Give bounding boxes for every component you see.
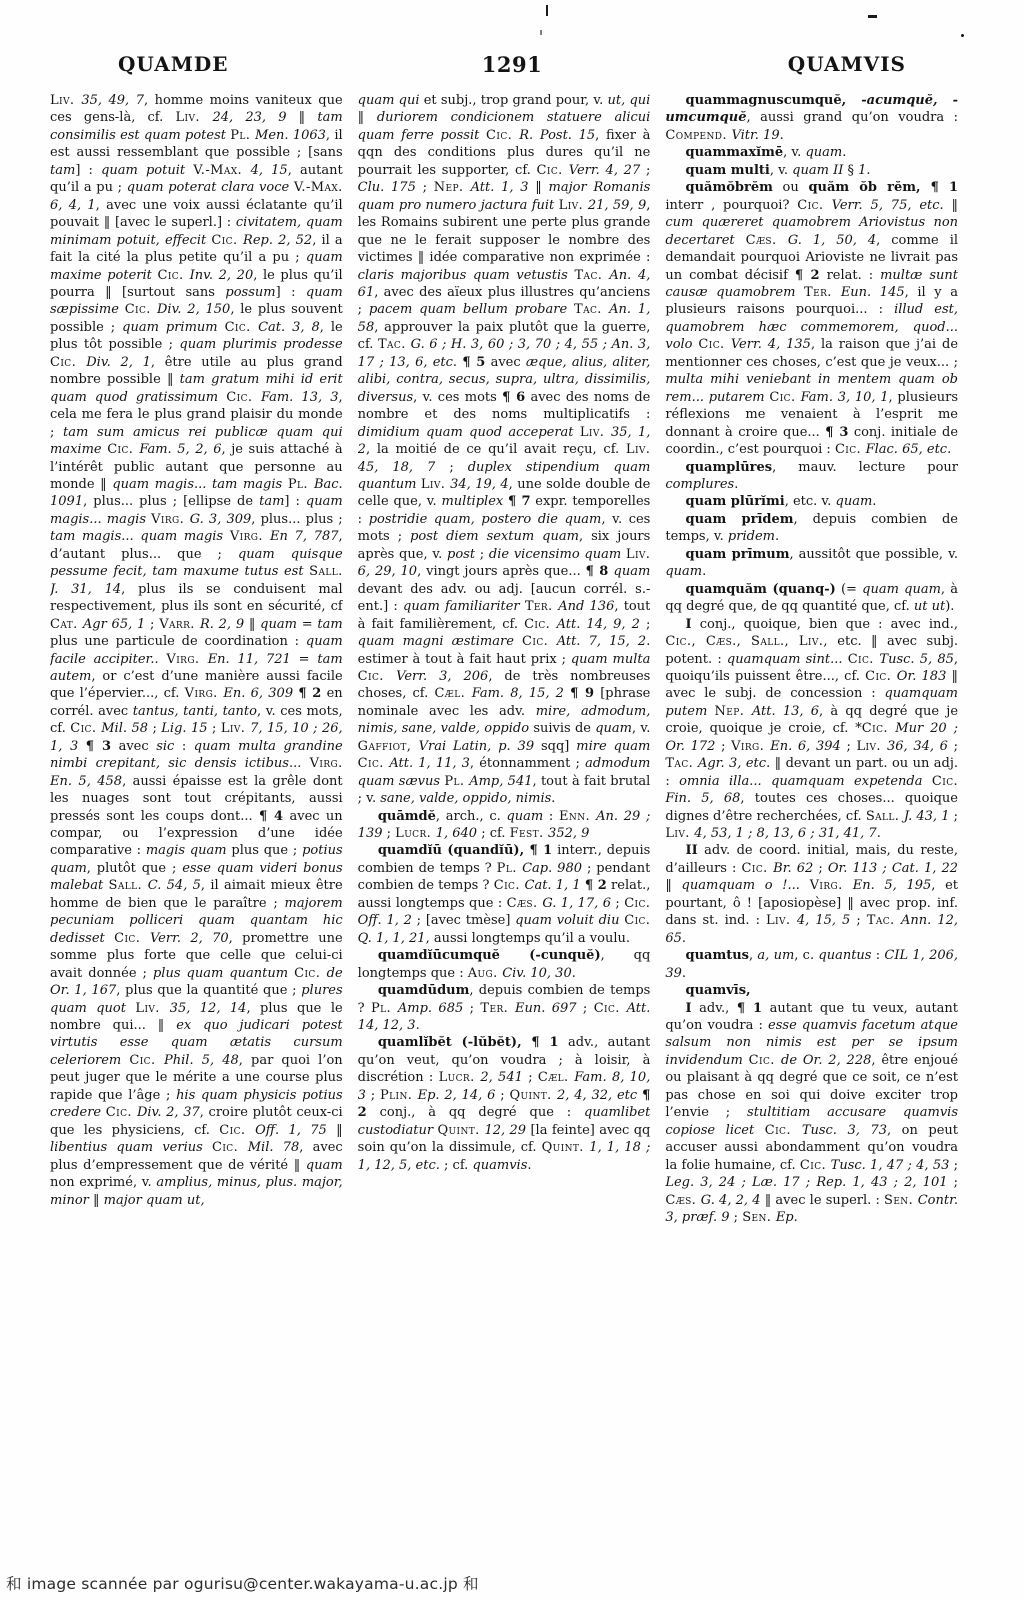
- text-run: ¶ 2: [298, 686, 321, 701]
- text-run: Sen.: [884, 1193, 918, 1208]
- text-run: Civ. 10, 30: [502, 966, 572, 981]
- text-run: 4, 15: [251, 163, 288, 178]
- text-run: quam potuit: [101, 163, 193, 178]
- text-run: , aussitôt que possible, v.: [790, 547, 959, 562]
- text-run: 4, 15, 5: [797, 913, 850, 928]
- text-run: Tusc. 5, 85: [879, 652, 953, 667]
- text-run: Aug.: [468, 966, 502, 981]
- text-run: quam voluit diu: [515, 913, 624, 928]
- text-run: ‖: [358, 110, 377, 125]
- text-run: Cic.: [358, 669, 396, 684]
- text-run: .: [702, 564, 706, 579]
- text-run: magis quam: [146, 843, 227, 858]
- text-run: Cic.: [211, 233, 243, 248]
- text-run: Phil. 5, 48: [164, 1053, 239, 1068]
- text-run: 24, 23, 9: [212, 110, 286, 125]
- text-run: ¶ 2: [585, 878, 607, 893]
- text-run: Cic.: [494, 878, 525, 893]
- text-run: Cic.: [225, 320, 259, 335]
- text-run: Pl.: [230, 128, 255, 143]
- text-run: [78, 739, 86, 754]
- column-right: quammagnuscumquĕ, -acumquĕ, -umcumquĕ, a…: [665, 92, 958, 1554]
- text-run: quamlĭbĕt (-lŭbĕt), ¶ 1: [378, 1035, 559, 1050]
- text-run: quam: [665, 564, 702, 579]
- text-run: ;: [813, 861, 828, 876]
- text-run: 352, 9: [548, 826, 589, 841]
- column-left: Liv. 35, 49, 7, homme moins vaniteux que…: [50, 92, 343, 1554]
- text-run: :: [174, 739, 193, 754]
- dictionary-paragraph: quamdĭū (quandĭū), ¶ 1 interr., depuis c…: [358, 842, 651, 947]
- text-run: Cæl.: [538, 1070, 574, 1085]
- text-run: II: [685, 843, 697, 858]
- text-run: .: [780, 128, 784, 143]
- text-run: Cat. 1, 1: [525, 878, 581, 893]
- text-run: Liv.: [421, 477, 450, 492]
- text-run: et subj., trop grand pour, v.: [420, 93, 608, 108]
- text-run: C. 54, 5: [148, 878, 201, 893]
- text-run: ¶ 3: [825, 425, 848, 440]
- text-run: Liv.: [559, 198, 588, 213]
- text-run: ¶ 8: [586, 564, 614, 579]
- text-run: Varr.: [159, 617, 200, 632]
- text-run: quam prīmum: [685, 547, 789, 562]
- text-run: V.-Max.: [294, 180, 343, 195]
- text-run: possum: [225, 285, 275, 300]
- text-run: , plus que la quantité que ;: [116, 983, 301, 998]
- text-run: 4, 53, 1 ; 8, 13, 6 ; 31, 41, 7: [694, 826, 876, 841]
- text-run: postridie quam, postero die quam: [369, 512, 602, 527]
- dictionary-paragraph: quam prīdem, depuis combien de temps, v.…: [665, 511, 958, 546]
- text-run: Cic.: [865, 669, 897, 684]
- text-run: de Or. 2, 228: [781, 1053, 871, 1068]
- text-run: ‖: [89, 1193, 104, 1208]
- text-run: ;: [948, 1175, 959, 1190]
- text-run: :: [543, 809, 559, 824]
- text-run: Verr. 4, 27: [569, 163, 640, 178]
- text-run: ut ut: [914, 599, 945, 614]
- text-run: quam poterat clara voce: [127, 180, 294, 195]
- text-run: (=: [836, 582, 862, 597]
- text-run: quāmdĕ: [378, 809, 436, 824]
- text-run: Att. 14, 9, 2: [557, 617, 640, 632]
- text-run: Lig. 15: [161, 721, 207, 736]
- text-run: Cic.: [358, 756, 390, 771]
- text-run: Liv.: [175, 110, 212, 125]
- text-run: quam: [836, 494, 873, 509]
- text-run: Cic.: [50, 355, 86, 370]
- text-run: , v.: [632, 721, 650, 736]
- text-run: , v.: [783, 145, 805, 160]
- text-run: Mil. 58: [101, 721, 148, 736]
- text-run: ;: [850, 913, 866, 928]
- text-run: ;: [495, 1088, 509, 1103]
- text-run: Cic.: [624, 913, 650, 928]
- text-run: Tusc. 3, 73: [802, 1123, 887, 1138]
- dictionary-paragraph: quam multi, v. quam II § 1.: [665, 162, 958, 179]
- text-run: , mauv. lecture pour: [772, 460, 958, 475]
- text-run: plus que ;: [227, 843, 302, 858]
- text-run: ] :: [284, 494, 305, 509]
- text-run: Div. 2, 150: [157, 302, 230, 317]
- text-run: Cæs.: [746, 233, 788, 248]
- text-run: , plus... plus ;: [251, 512, 342, 527]
- dictionary-paragraph: I adv., ¶ 1 autant que tu veux, autant q…: [665, 1000, 958, 1227]
- scan-artifact: [540, 30, 542, 35]
- text-run: non exprimé, v.: [50, 1175, 156, 1190]
- text-run: Liv.: [665, 826, 694, 841]
- text-run: Ter.: [525, 599, 558, 614]
- text-run: ‖: [286, 110, 317, 125]
- text-run: tantus, tanti, tanto: [133, 704, 257, 719]
- text-run: ¶ 4: [259, 809, 283, 824]
- text-run: quam: [614, 564, 651, 579]
- text-run: quam: [805, 145, 842, 160]
- text-run: Cic.: [769, 390, 800, 405]
- text-run: , la moitié de ce qu’il avait reçu, cf.: [366, 442, 626, 457]
- text-run: And 136: [558, 599, 614, 614]
- text-run: §: [843, 163, 858, 178]
- text-run: Fam. 13, 3: [261, 390, 339, 405]
- text-run: Ter.: [804, 285, 841, 300]
- text-run: Eun. 697: [515, 1001, 577, 1016]
- text-run: ¶ 6: [502, 390, 525, 405]
- dictionary-paragraph: quamlĭbĕt (-lŭbĕt), ¶ 1 adv., autant qu’…: [358, 1034, 651, 1174]
- text-run: quam multa: [571, 652, 650, 667]
- text-run: 36, 34, 6: [887, 739, 948, 754]
- text-run: Lucr.: [395, 826, 436, 841]
- page-number: 1291: [0, 52, 1024, 77]
- text-run: ;: [841, 739, 857, 754]
- text-run: quamvīs,: [685, 983, 750, 998]
- text-run: 2, 4, 32, etc: [557, 1088, 637, 1103]
- text-run: Cæs.: [507, 896, 543, 911]
- text-run: Off. 1, 75: [255, 1123, 327, 1138]
- text-run: Liv.: [221, 721, 250, 736]
- text-run: Rep. 2, 52: [243, 233, 312, 248]
- text-run: Lucr.: [439, 1070, 481, 1085]
- dictionary-paragraph: quamtus, a, um, c. quantus : CIL 1, 206,…: [665, 947, 958, 982]
- text-run: Liv.: [857, 739, 888, 754]
- text-run: quam prīdem: [685, 512, 793, 527]
- text-run: Cæs.: [665, 1193, 700, 1208]
- text-run: Cic.: [212, 1140, 248, 1155]
- text-run: ¶ 1: [737, 1001, 762, 1016]
- scanned-dictionary-page: QUAMDE 1291 QUAMVIS Liv. 35, 49, 7, homm…: [0, 0, 1024, 1600]
- text-run: 35, 49, 7: [81, 93, 144, 108]
- text-run: quam plūrĭmi: [685, 494, 784, 509]
- text-run: ¶ 9: [570, 686, 594, 701]
- dictionary-paragraph: II adv. de coord. initial, mais, du rest…: [665, 842, 958, 947]
- text-run: Ep.: [776, 1210, 798, 1225]
- text-run: tam magis... quam magis: [50, 529, 230, 544]
- text-run: Amp. 685: [398, 1001, 463, 1016]
- text-run: , c.: [794, 948, 818, 963]
- text-run: quantus: [818, 948, 871, 963]
- text-run: Agr 65, 1: [83, 617, 145, 632]
- text-run: En. 5, 195: [853, 878, 932, 893]
- text-run: Cic.: [114, 931, 150, 946]
- text-run: ;: [366, 1088, 380, 1103]
- text-run: Liv.: [580, 425, 611, 440]
- text-run: Virg.: [810, 878, 853, 893]
- text-run: Cat. 3, 8: [258, 320, 320, 335]
- text-run: Virg.: [166, 652, 207, 667]
- text-run: Virg.: [310, 756, 343, 771]
- text-run: ;: [715, 739, 731, 754]
- text-run: G. 1, 17, 6: [542, 896, 611, 911]
- text-run: quamquam sint...: [727, 652, 848, 667]
- text-run: Div. 2, 1: [86, 355, 151, 370]
- text-run: ¶ 2: [795, 268, 820, 283]
- text-run: sic: [156, 739, 174, 754]
- text-run: ¶ 3: [86, 739, 111, 754]
- text-run: ;: [948, 739, 958, 754]
- text-run: Cic.: [698, 337, 730, 352]
- text-run: Cic.: [848, 652, 880, 667]
- text-run: Cic.: [522, 634, 557, 649]
- text-run: Eun. 145: [841, 285, 905, 300]
- text-run: plus une particule de coordination :: [50, 634, 306, 649]
- text-run: Cic.: [835, 442, 866, 457]
- text-run: Tac.: [867, 913, 901, 928]
- dictionary-paragraph: quam qui et subj., trop grand pour, v. u…: [358, 92, 651, 808]
- text-run: complures: [665, 477, 734, 492]
- text-run: J. 31, 14: [50, 582, 121, 597]
- dictionary-paragraph: quamdūdum, depuis combien de temps ? Pl.…: [358, 982, 651, 1034]
- text-run: Sall.: [866, 809, 904, 824]
- text-run: quam II: [792, 163, 843, 178]
- text-run: Cap. 980: [522, 861, 582, 876]
- text-run: claris majoribus quam vetustis: [358, 268, 575, 283]
- text-run: ; [avec tmèse]: [412, 913, 515, 928]
- text-run: Liv.: [626, 547, 650, 562]
- text-run: quam primum: [122, 320, 224, 335]
- text-run: 34, 19, 4: [450, 477, 509, 492]
- text-run: dimidium quam quod acceperat: [358, 425, 580, 440]
- text-run: En. 6, 309: [223, 686, 293, 701]
- text-run: ;: [416, 180, 434, 195]
- text-run: Virg.: [230, 529, 270, 544]
- text-run: ‖: [244, 617, 260, 632]
- text-run: Verr. 3, 206: [396, 669, 488, 684]
- text-run: ;: [463, 1001, 480, 1016]
- text-run: Nep.: [715, 704, 752, 719]
- text-run: ] :: [75, 163, 101, 178]
- text-run: Fam. 5, 2, 6: [139, 442, 221, 457]
- text-run: R. 2, 9: [200, 617, 244, 632]
- text-run: , aussi longtemps qu’il a voulu.: [426, 931, 630, 946]
- text-run: avec: [111, 739, 156, 754]
- text-run: Cic.: [294, 966, 327, 981]
- dictionary-paragraph: quamplūres, mauv. lecture pour complures…: [665, 459, 958, 494]
- text-run: Sen.: [742, 1210, 776, 1225]
- text-run: Fam. 3, 10, 1: [801, 390, 889, 405]
- dictionary-paragraph: quamquăm (quanq-) (= quam quam, à qq deg…: [665, 581, 958, 616]
- text-run: Nep.: [434, 180, 471, 195]
- column-center: quam qui et subj., trop grand pour, v. u…: [358, 92, 651, 1554]
- text-run: Ter.: [480, 1001, 515, 1016]
- text-run: Amp, 541: [469, 774, 532, 789]
- text-run: Pl.: [497, 861, 522, 876]
- text-run: .: [734, 477, 738, 492]
- text-run: 35, 12, 14: [170, 1001, 247, 1016]
- text-run: Verr. 4, 135: [731, 337, 811, 352]
- text-run: Liv.: [766, 913, 797, 928]
- text-run: Cic.: [594, 1001, 627, 1016]
- text-run: relat. :: [820, 268, 881, 283]
- text-run: quam qui: [358, 93, 420, 108]
- text-run: conj., à qq degré que :: [367, 1105, 584, 1120]
- text-run: .: [551, 791, 555, 806]
- text-run: En. 6, 394: [770, 739, 841, 754]
- text-run: Cæl.: [434, 686, 471, 701]
- scan-credit: 和 image scannée par ogurisu@center.wakay…: [6, 1572, 479, 1594]
- text-run: Cic.: [226, 390, 261, 405]
- text-run: Verr. 5, 75, etc.: [832, 198, 944, 213]
- text-run: quam quam: [862, 582, 941, 597]
- text-run: Tac.: [378, 337, 411, 352]
- text-run: Or. 183: [897, 669, 947, 684]
- text-run: Tac.: [574, 268, 609, 283]
- text-run: quamdĭū (quandĭū), ¶ 1: [378, 843, 552, 858]
- text-run: ;: [208, 721, 221, 736]
- text-run: Quint.: [510, 1088, 557, 1103]
- text-run: Plin.: [380, 1088, 418, 1103]
- text-run: ;: [640, 617, 650, 632]
- text-run: quam magni æstimare: [358, 634, 522, 649]
- text-run: post diem sextum quam: [410, 529, 579, 544]
- text-run: conj., quoique, bien que : avec ind.,: [692, 617, 958, 632]
- text-run: Tusc. 1, 47 ; 4, 53: [831, 1158, 950, 1173]
- text-run: Cic.: [749, 1053, 781, 1068]
- text-run: Or. 113 ; Cat. 1, 22: [828, 861, 958, 876]
- text-run: ut, qui: [608, 93, 651, 108]
- text-run: Cic.: [537, 163, 569, 178]
- text-run: ; cf.: [440, 1158, 473, 1173]
- text-run: Att. 13, 6: [752, 704, 819, 719]
- text-run: ;: [949, 809, 958, 824]
- scan-artifact: [546, 5, 548, 16]
- text-run: .: [842, 145, 846, 160]
- text-run: quam familiariter: [403, 599, 525, 614]
- text-columns: Liv. 35, 49, 7, homme moins vaniteux que…: [50, 92, 958, 1554]
- text-run: quam: [506, 809, 543, 824]
- text-run: Tac.: [574, 302, 609, 317]
- text-run: [800, 878, 810, 893]
- text-run: 1, 640: [436, 826, 477, 841]
- text-run: Cic.: [107, 442, 139, 457]
- text-run: quam magis... tam magis: [112, 477, 288, 492]
- text-run: Div. 2, 37: [137, 1105, 200, 1120]
- text-run: Off. 1, 2: [358, 913, 412, 928]
- text-run: J. 43, 1: [904, 809, 950, 824]
- text-run: interr , pourquoi?: [665, 198, 797, 213]
- text-run: 12, 29: [484, 1123, 526, 1138]
- text-run: ;: [730, 1210, 743, 1225]
- text-run: .: [572, 966, 576, 981]
- dictionary-paragraph: quammaxĭmē, v. quam.: [665, 144, 958, 161]
- text-run: .: [775, 529, 779, 544]
- dictionary-paragraph: quam prīmum, aussitôt que possible, v. q…: [665, 546, 958, 581]
- text-run: Pl.: [371, 1001, 398, 1016]
- text-run: Cic.: [219, 1123, 255, 1138]
- text-run: 6, 29, 10: [358, 564, 417, 579]
- text-run: Br. 62: [773, 861, 813, 876]
- text-run: Virg.: [151, 512, 190, 527]
- text-run: quamquam o !...: [682, 878, 800, 893]
- text-run: quamvis: [472, 1158, 527, 1173]
- text-run: pridem: [728, 529, 775, 544]
- text-run: Quint.: [542, 1140, 590, 1155]
- text-run: 21, 59, 9: [588, 198, 646, 213]
- text-run: Quint.: [437, 1123, 484, 1138]
- text-run: Enn.: [559, 809, 596, 824]
- text-run: , aussi grand qu’on voudra :: [747, 110, 959, 125]
- text-run: , v.: [770, 163, 792, 178]
- text-run: .: [416, 1018, 420, 1033]
- text-run: Cic.: [486, 128, 519, 143]
- text-run: quammagnuscumquĕ,: [685, 93, 861, 108]
- text-run: Att. 1, 11, 3: [389, 756, 470, 771]
- text-run: Cat.: [50, 617, 83, 632]
- text-run: Tac.: [665, 756, 698, 771]
- text-run: ).: [945, 599, 954, 614]
- text-run: Cic.: [797, 198, 831, 213]
- scan-artifact: [961, 34, 964, 37]
- text-run: quam: [260, 617, 297, 632]
- text-run: major quam ut,: [104, 1193, 205, 1208]
- text-run: avec: [485, 355, 526, 370]
- text-run: G. 4, 2, 4: [701, 1193, 761, 1208]
- text-run: Liv.: [626, 442, 650, 457]
- text-run: ‖: [529, 180, 549, 195]
- text-run: ;: [383, 826, 396, 841]
- text-run: ] :: [276, 285, 306, 300]
- text-run: Compend.: [665, 128, 731, 143]
- text-run: quamquăm (quanq-): [685, 582, 835, 597]
- text-run: Cic.: [800, 1158, 831, 1173]
- text-run: ;: [145, 617, 159, 632]
- text-run: tam: [50, 163, 75, 178]
- text-run: ‖: [665, 878, 681, 893]
- text-run: 6, 4, 1: [50, 198, 96, 213]
- text-run: Att. 7, 15, 2: [557, 634, 647, 649]
- text-run: Vitr. 19: [731, 128, 779, 143]
- text-run: Cic.: [125, 302, 157, 317]
- text-run: 45, 18, 7: [358, 460, 436, 475]
- text-run: , étonnamment ;: [470, 756, 585, 771]
- text-run: ¶ 7: [508, 494, 531, 509]
- text-run: , etc. v: [785, 494, 828, 509]
- text-run: ‖: [944, 198, 958, 213]
- text-run: multiplex: [441, 494, 508, 509]
- text-run: Cic.: [742, 861, 774, 876]
- text-run: Liv.: [50, 93, 81, 108]
- text-run: Cic.: [932, 774, 958, 789]
- text-run: Virg.: [185, 686, 224, 701]
- text-run: mire quam: [576, 739, 650, 754]
- text-run: Leg. 3, 24 ; Læ. 17 ; Rep. 1, 43 ; 2, 10…: [665, 1175, 947, 1190]
- text-run: ;: [475, 547, 489, 562]
- text-run: , vingt jours après que...: [417, 564, 586, 579]
- text-run: , v. ces mots: [413, 390, 502, 405]
- text-run: pacem quam bellum probare: [369, 302, 574, 317]
- text-run: Ep. 2, 14, 6: [418, 1088, 496, 1103]
- text-run: Cic.: [624, 896, 650, 911]
- text-run: G. 3, 309: [190, 512, 252, 527]
- text-run: , plutôt que ;: [87, 861, 182, 876]
- text-run: quămŏbrĕm: [685, 180, 772, 195]
